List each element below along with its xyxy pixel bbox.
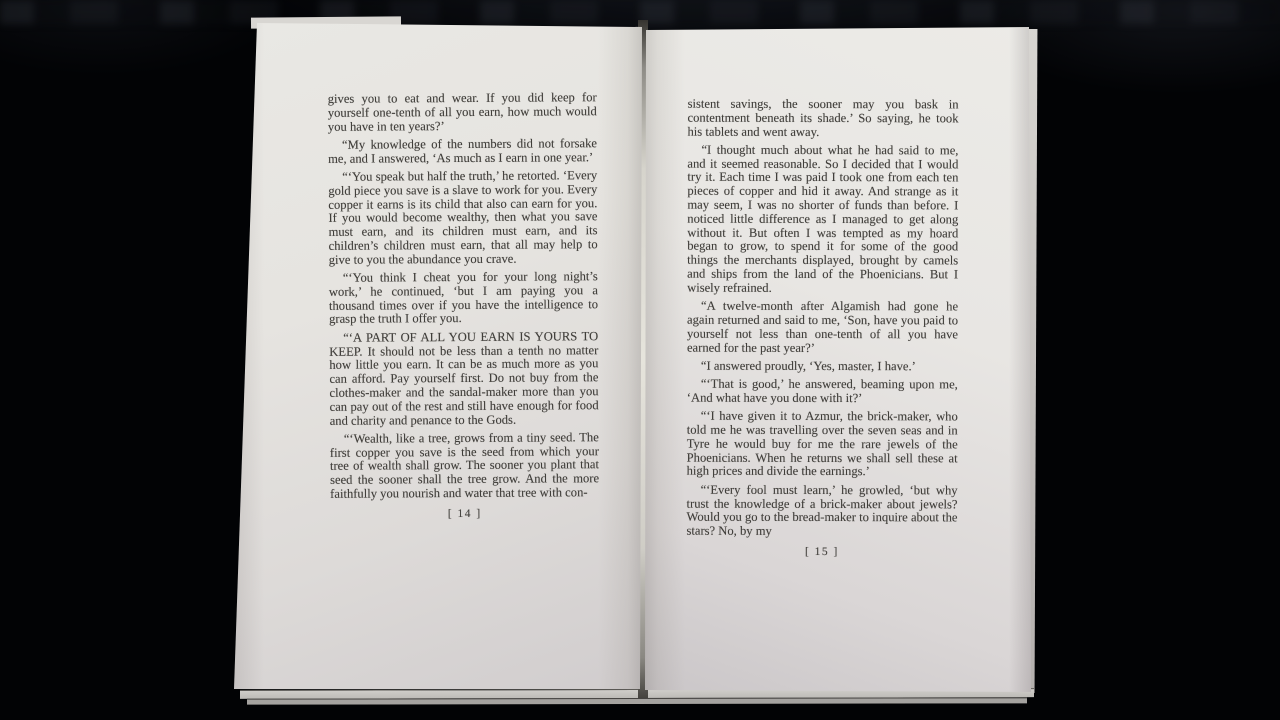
right-page-text: sistent savings, the sooner may you bask… [686,98,958,560]
paragraph: “‘A PART OF ALL YOU EARN IS YOURS TO KEE… [329,330,599,428]
paragraph: “‘I have given it to Azmur, the brick-ma… [687,410,958,480]
left-page-text: gives you to eat and wear. If you did ke… [328,91,600,522]
paragraph: “A twelve-month after Algamish had gone … [687,300,958,356]
paragraph: “My knowledge of the numbers did not for… [328,137,597,166]
page-stack-edge-bottom-lower [247,697,1027,704]
paragraph: “‘You speak but half the truth,’ he reto… [328,169,598,267]
left-page: gives you to eat and wear. If you did ke… [230,17,644,701]
paragraph: “‘That is good,’ he answered, beaming up… [687,378,958,406]
paragraph: “‘Wealth, like a tree, grows from a tiny… [330,431,599,502]
paragraph: “‘Every fool must learn,’ he growled, ‘b… [686,483,957,539]
paragraph: “I thought much about what he had said t… [687,144,958,296]
page-number-left: [ 14 ] [330,507,599,522]
paragraph: “‘You think I cheat you for your long ni… [329,270,598,327]
photo-background: gives you to eat and wear. If you did ke… [0,0,1280,720]
page-number-right: [ 15 ] [686,546,957,561]
paragraph: sistent savings, the sooner may you bask… [687,98,958,140]
paragraph: “I answered proudly, ‘Yes, master, I hav… [687,359,958,374]
paragraph: gives you to eat and wear. If you did ke… [328,91,597,134]
right-page: sistent savings, the sooner may you bask… [643,17,1035,703]
